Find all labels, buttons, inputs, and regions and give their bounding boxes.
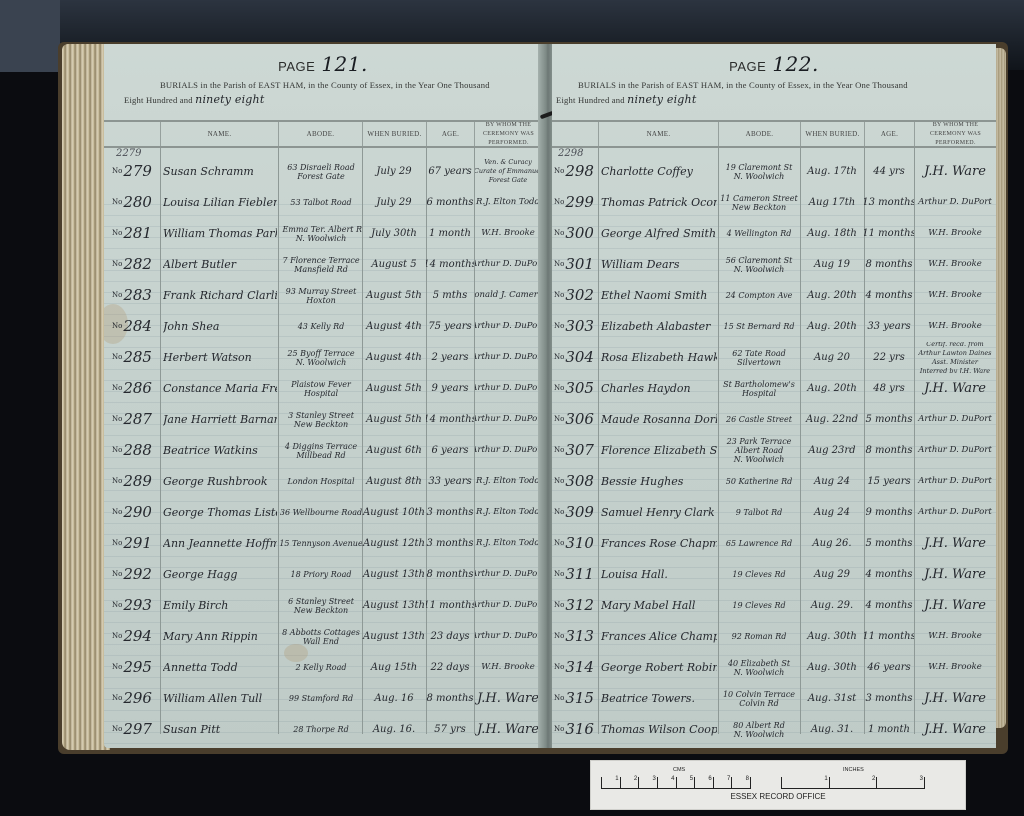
entry-number-value: 288 bbox=[123, 446, 152, 455]
entry-number-prefix: No bbox=[112, 260, 122, 269]
abode-line: 25 Byoff Terrace bbox=[287, 349, 354, 358]
entry-age: 3 months bbox=[426, 497, 474, 528]
entry-abode: 19 Cleves Rd bbox=[719, 559, 799, 590]
abode-line: Hoxton bbox=[306, 296, 336, 305]
entry-officiant: Arthur D. DuPort bbox=[475, 435, 541, 466]
entry-abode: 4 Wellington Rd bbox=[719, 218, 799, 249]
entry-when-buried: Aug 24 bbox=[800, 466, 864, 497]
abode-line: 4 Diggins Terrace bbox=[285, 442, 357, 451]
entry-when-buried: Aug. 20th bbox=[800, 311, 864, 342]
entry-number-prefix: No bbox=[112, 601, 122, 610]
abode-line: 7 Florence Terrace bbox=[282, 256, 359, 265]
entry-name: George Alfred Smith bbox=[601, 218, 717, 249]
entry-officiant: R.J. Elton Todd bbox=[475, 528, 541, 559]
entry-number-prefix: No bbox=[112, 229, 122, 238]
entry-number-prefix: No bbox=[112, 415, 122, 424]
scale-tick: 2 bbox=[638, 777, 639, 789]
abode-line: 8 Abbotts Cottages bbox=[282, 628, 360, 637]
entry-number: No295 bbox=[112, 652, 160, 683]
abode-line: New Beckton bbox=[294, 606, 348, 615]
register-entry-row: No303Elizabeth Alabaster15 St Bernard Rd… bbox=[552, 311, 996, 342]
officiant-line: J.H. Ware bbox=[924, 167, 986, 176]
entry-when-buried: July 29 bbox=[362, 156, 426, 187]
entry-when-buried: August 5th bbox=[362, 404, 426, 435]
entry-number-prefix: No bbox=[112, 291, 122, 300]
entry-number-prefix: No bbox=[112, 632, 122, 641]
entry-number-prefix: No bbox=[554, 260, 564, 269]
entry-when-buried: Aug. 30th bbox=[800, 652, 864, 683]
year-prefix: Eight Hundred and bbox=[556, 95, 625, 105]
entry-name: Charlotte Coffey bbox=[601, 156, 717, 187]
scale-tick bbox=[781, 777, 782, 789]
page-number: 121. bbox=[321, 52, 368, 76]
entry-abode: 1 Emma Ter. Albert RdN. Woolwich bbox=[280, 218, 362, 249]
abode-line: 62 Tate Road bbox=[732, 349, 785, 358]
officiant-line: J.H. Ware bbox=[477, 694, 539, 703]
entry-officiant: Arthur D. DuPort bbox=[475, 590, 541, 621]
abode-line: Wall End bbox=[303, 637, 339, 646]
right-page: PAGE122. BURIALS in the Parish of EAST H… bbox=[552, 44, 996, 748]
abode-line: New Beckton bbox=[732, 203, 786, 212]
left-page: PAGE121. BURIALS in the Parish of EAST H… bbox=[104, 44, 542, 748]
officiant-line: Arthur D. DuPort bbox=[918, 477, 992, 486]
officiant-line: Arthur D. DuPort bbox=[918, 198, 992, 207]
register-entry-row: No280Louisa Lilian Fiebler53 Talbot Road… bbox=[104, 187, 542, 218]
entry-number: No291 bbox=[112, 528, 160, 559]
abode-line: Plaistow Fever bbox=[291, 380, 351, 389]
entry-abode: 26 Castle Street bbox=[719, 404, 799, 435]
abode-line: Albert Road bbox=[735, 446, 784, 455]
scale-tick-label: 8 bbox=[740, 776, 749, 782]
column-header-row: NAME. ABODE. WHEN BURIED. AGE. BY WHOM T… bbox=[104, 120, 542, 148]
entry-number-prefix: No bbox=[554, 291, 564, 300]
officiant-line: Arthur D. DuPort bbox=[475, 632, 541, 641]
register-entry-row: No298Charlotte Coffey19 Claremont StN. W… bbox=[552, 156, 996, 187]
abode-line: 18 Priory Road bbox=[291, 570, 352, 579]
entry-when-buried: August 6th bbox=[362, 435, 426, 466]
entry-number-prefix: No bbox=[112, 477, 122, 486]
entry-name: Rosa Elizabeth Hawkins bbox=[601, 342, 717, 373]
abode-line: St Bartholomew's bbox=[723, 380, 795, 389]
col-number bbox=[552, 122, 598, 146]
col-name: NAME. bbox=[598, 122, 718, 146]
register-entry-row: No314George Robert Robinson40 Elizabeth … bbox=[552, 652, 996, 683]
entry-officiant: Arthur D. DuPort bbox=[915, 187, 995, 218]
entry-age: 33 years bbox=[864, 311, 914, 342]
abode-line: London Hospital bbox=[287, 477, 354, 486]
register-entry-row: No307Florence Elizabeth Sneath23 Park Te… bbox=[552, 435, 996, 466]
entry-number-value: 283 bbox=[123, 291, 152, 300]
entry-officiant: J.H. Ware bbox=[915, 714, 995, 745]
officiant-line: Arthur D. DuPort bbox=[475, 601, 541, 610]
entry-number: No281 bbox=[112, 218, 160, 249]
entry-age: 22 days bbox=[426, 652, 474, 683]
entry-number: No286 bbox=[112, 373, 160, 404]
entry-number-value: 309 bbox=[565, 508, 594, 517]
entry-name: William Thomas Parker bbox=[163, 218, 277, 249]
entry-name: Beatrice Watkins bbox=[163, 435, 277, 466]
entry-number: No288 bbox=[112, 435, 160, 466]
entry-name: Jane Harriett Barnard bbox=[163, 404, 277, 435]
abode-line: 92 Roman Rd bbox=[732, 632, 787, 641]
entry-age: 1 month bbox=[426, 218, 474, 249]
entry-abode: 93 Murray StreetHoxton bbox=[280, 280, 362, 311]
officiant-line: Arthur D. DuPort bbox=[475, 260, 541, 269]
entry-number: No287 bbox=[112, 404, 160, 435]
entry-age: 44 yrs bbox=[864, 156, 914, 187]
entry-number-prefix: No bbox=[554, 446, 564, 455]
entry-when-buried: August 5th bbox=[362, 280, 426, 311]
entry-number-prefix: No bbox=[554, 198, 564, 207]
abode-line: 43 Kelly Rd bbox=[298, 322, 345, 331]
entry-age: 3 months bbox=[426, 528, 474, 559]
entry-abode: 25 Byoff TerraceN. Woolwich bbox=[280, 342, 362, 373]
register-entry-row: No284John Shea43 Kelly RdAugust 4th75 ye… bbox=[104, 311, 542, 342]
entry-officiant: R.J. Elton Todd bbox=[475, 466, 541, 497]
register-entry-row: No306Maude Rosanna Dorling26 Castle Stre… bbox=[552, 404, 996, 435]
scale-tick: 8 bbox=[750, 777, 751, 789]
scale-tick: 7 bbox=[731, 777, 732, 789]
entry-abode: 18 Priory Road bbox=[280, 559, 362, 590]
entry-number-prefix: No bbox=[112, 508, 122, 517]
abode-line: N. Woolwich bbox=[734, 172, 784, 181]
entry-number-value: 304 bbox=[565, 353, 594, 362]
entry-number-prefix: No bbox=[554, 167, 564, 176]
entry-number: No284 bbox=[112, 311, 160, 342]
entry-number-value: 306 bbox=[565, 415, 594, 424]
entry-number-prefix: No bbox=[554, 663, 564, 672]
officiant-line: R.J. Elton Todd bbox=[476, 539, 540, 548]
entry-abode: 10 Colvin TerraceColvin Rd bbox=[719, 683, 799, 714]
entry-name: Louisa Lilian Fiebler bbox=[163, 187, 277, 218]
entry-officiant: Certif. recd. fromArthur Lawton DainesAs… bbox=[915, 342, 995, 373]
entry-abode: 9 Talbot Rd bbox=[719, 497, 799, 528]
entry-number: No311 bbox=[554, 559, 598, 590]
page-edges-left bbox=[62, 44, 110, 750]
abode-line: 6 Stanley Street bbox=[288, 597, 354, 606]
entry-officiant: Arthur D. DuPort bbox=[915, 466, 995, 497]
page-label: PAGE bbox=[729, 59, 766, 74]
entry-age: 4 months bbox=[864, 590, 914, 621]
entry-number-value: 310 bbox=[565, 539, 594, 548]
entry-when-buried: Aug. 20th bbox=[800, 373, 864, 404]
scale-tick-label: 6 bbox=[703, 776, 712, 782]
entry-number-value: 282 bbox=[123, 260, 152, 269]
entry-number-value: 286 bbox=[123, 384, 152, 393]
entry-name: Albert Butler bbox=[163, 249, 277, 280]
entry-name: Susan Schramm bbox=[163, 156, 277, 187]
officiant-line: J.H. Ware bbox=[924, 601, 986, 610]
entry-number-prefix: No bbox=[112, 663, 122, 672]
entry-officiant: Ven. & CuracyCurate of EmmanuelForest Ga… bbox=[475, 156, 541, 187]
entry-age: 11 months bbox=[864, 218, 914, 249]
entry-when-buried: July 30th bbox=[362, 218, 426, 249]
entry-number: No315 bbox=[554, 683, 598, 714]
entry-number: No312 bbox=[554, 590, 598, 621]
entry-number-prefix: No bbox=[112, 167, 122, 176]
entry-officiant: Arthur D. DuPort bbox=[475, 311, 541, 342]
entry-number-value: 297 bbox=[123, 725, 152, 734]
register-entry-row: No291Ann Jeannette Hoffmann15 Tennyson A… bbox=[104, 528, 542, 559]
register-entry-row: No305Charles HaydonSt Bartholomew'sHospi… bbox=[552, 373, 996, 404]
entry-name: Ethel Naomi Smith bbox=[601, 280, 717, 311]
register-entry-row: No279Susan Schramm63 Disraeli RoadForest… bbox=[104, 156, 542, 187]
entry-name: Louisa Hall. bbox=[601, 559, 717, 590]
entry-name: Frank Richard Clarling bbox=[163, 280, 277, 311]
inches-label: INCHES bbox=[843, 767, 864, 773]
entry-number: No310 bbox=[554, 528, 598, 559]
entry-number: No282 bbox=[112, 249, 160, 280]
abode-line: 40 Elizabeth St bbox=[728, 659, 790, 668]
entry-officiant: J.H. Ware bbox=[915, 373, 995, 404]
entry-when-buried: Aug. 16 bbox=[362, 683, 426, 714]
officiant-line: W.H. Brooke bbox=[928, 322, 982, 331]
entry-number: No307 bbox=[554, 435, 598, 466]
entry-number: No302 bbox=[554, 280, 598, 311]
entry-number: No316 bbox=[554, 714, 598, 745]
register-entry-row: No299Thomas Patrick Oconnor11 Cameron St… bbox=[552, 187, 996, 218]
entry-name: George Robert Robinson bbox=[601, 652, 717, 683]
entry-age: 6 months bbox=[426, 187, 474, 218]
entry-abode: 15 St Bernard Rd bbox=[719, 311, 799, 342]
abode-line: 63 Disraeli Road bbox=[287, 163, 355, 172]
entry-number-value: 295 bbox=[123, 663, 152, 672]
entry-abode: 65 Lawrence Rd bbox=[719, 528, 799, 559]
entry-officiant: W.H. Brooke bbox=[915, 218, 995, 249]
entry-abode: 3 Stanley StreetNew Beckton bbox=[280, 404, 362, 435]
entry-name: Herbert Watson bbox=[163, 342, 277, 373]
page-heading: PAGE122. bbox=[552, 52, 996, 76]
entry-number-value: 284 bbox=[123, 322, 152, 331]
register-title: BURIALS in the Parish of EAST HAM, in th… bbox=[556, 80, 982, 90]
register-entry-row: No308Bessie Hughes50 Katherine RdAug 241… bbox=[552, 466, 996, 497]
register-entry-row: No290George Thomas Lister Ward36 Wellbou… bbox=[104, 497, 542, 528]
entry-number-prefix: No bbox=[554, 384, 564, 393]
entry-number: No294 bbox=[112, 621, 160, 652]
entry-age: 67 years bbox=[426, 156, 474, 187]
entry-when-buried: August 8th bbox=[362, 466, 426, 497]
scale-tick-label: 1 bbox=[819, 776, 828, 782]
abode-line: 23 Park Terrace bbox=[727, 437, 792, 446]
entry-number: No314 bbox=[554, 652, 598, 683]
entry-age: 4 months bbox=[864, 559, 914, 590]
entry-name: Charles Haydon bbox=[601, 373, 717, 404]
scale-tick: 2 bbox=[876, 777, 877, 789]
abode-line: 28 Thorpe Rd bbox=[293, 725, 348, 734]
entry-name: George Thomas Lister Ward bbox=[163, 497, 277, 528]
entry-number-prefix: No bbox=[554, 322, 564, 331]
entry-number-value: 311 bbox=[565, 570, 594, 579]
entry-when-buried: August 13th bbox=[362, 621, 426, 652]
entry-number-value: 279 bbox=[123, 167, 152, 176]
entry-officiant: J.H. Ware bbox=[915, 590, 995, 621]
abode-line: N. Woolwich bbox=[296, 234, 346, 243]
abode-line: N. Woolwich bbox=[734, 668, 784, 677]
scale-tick: 1 bbox=[620, 777, 621, 789]
entry-number: No292 bbox=[112, 559, 160, 590]
entry-number: No299 bbox=[554, 187, 598, 218]
entry-abode: 53 Talbot Road bbox=[280, 187, 362, 218]
entry-abode: 23 Park TerraceAlbert RoadN. Woolwich bbox=[719, 435, 799, 466]
officiant-line: W.H. Brooke bbox=[481, 229, 535, 238]
entry-officiant: J.H. Ware bbox=[915, 683, 995, 714]
scale-tick: 6 bbox=[713, 777, 714, 789]
entry-name: William Allen Tull bbox=[163, 683, 277, 714]
scale-tick bbox=[601, 777, 602, 789]
abode-line: New Beckton bbox=[294, 420, 348, 429]
entry-abode: 92 Roman Rd bbox=[719, 621, 799, 652]
entry-number: No305 bbox=[554, 373, 598, 404]
officiant-line: W.H. Brooke bbox=[928, 663, 982, 672]
entry-number: No290 bbox=[112, 497, 160, 528]
entry-when-buried: Aug. 31. bbox=[800, 714, 864, 745]
abode-line: 11 Cameron Street bbox=[720, 194, 797, 203]
entry-age: 23 days bbox=[426, 621, 474, 652]
entry-number-value: 315 bbox=[565, 694, 594, 703]
backdrop-cloth bbox=[0, 0, 60, 72]
scale-tick-label: 4 bbox=[666, 776, 675, 782]
entry-name: Thomas Wilson Cooper. bbox=[601, 714, 717, 745]
officiant-line: Arthur D. DuPort bbox=[475, 446, 541, 455]
entry-age: 11 months bbox=[864, 621, 914, 652]
entry-officiant: Arthur D. DuPort bbox=[475, 373, 541, 404]
entry-officiant: Arthur D. DuPort bbox=[915, 497, 995, 528]
entry-abode: 11 Cameron StreetNew Beckton bbox=[719, 187, 799, 218]
register-entry-row: No296William Allen Tull99 Stamford RdAug… bbox=[104, 683, 542, 714]
entry-when-buried: Aug. 31st bbox=[800, 683, 864, 714]
officiant-line: Curate of Emmanuel bbox=[475, 167, 541, 176]
entry-age: 13 months bbox=[864, 187, 914, 218]
entry-name: Frances Alice Champion bbox=[601, 621, 717, 652]
abode-line: 19 Cleves Rd bbox=[732, 601, 785, 610]
entry-age: 14 months bbox=[426, 404, 474, 435]
col-abode: ABODE. bbox=[718, 122, 800, 146]
entry-number-value: 293 bbox=[123, 601, 152, 610]
entry-abode: 19 Cleves Rd bbox=[719, 590, 799, 621]
entry-number-prefix: No bbox=[112, 353, 122, 362]
entry-name: Annetta Todd bbox=[163, 652, 277, 683]
officiant-line: Arthur D. DuPort bbox=[918, 446, 992, 455]
entry-when-buried: Aug 19 bbox=[800, 249, 864, 280]
entry-number-value: 289 bbox=[123, 477, 152, 486]
officiant-line: W.H. Brooke bbox=[481, 663, 535, 672]
abode-line: Hospital bbox=[304, 389, 338, 398]
entry-officiant: W.H. Brooke bbox=[915, 652, 995, 683]
register-entry-row: No297Susan Pitt28 Thorpe RdAug. 16.57 yr… bbox=[104, 714, 542, 745]
entry-number-value: 305 bbox=[565, 384, 594, 393]
entry-age: 1 month bbox=[864, 714, 914, 745]
entry-number-value: 290 bbox=[123, 508, 152, 517]
page-label: PAGE bbox=[278, 59, 315, 74]
entry-when-buried: Aug 23rd bbox=[800, 435, 864, 466]
abode-line: 9 Talbot Rd bbox=[736, 508, 783, 517]
entry-age: 8 months bbox=[864, 249, 914, 280]
entry-when-buried: August 4th bbox=[362, 342, 426, 373]
entry-when-buried: Aug. 29. bbox=[800, 590, 864, 621]
scale-tick-label: 3 bbox=[647, 776, 656, 782]
register-entry-row: No302Ethel Naomi Smith24 Compton AveAug.… bbox=[552, 280, 996, 311]
entry-number: No309 bbox=[554, 497, 598, 528]
entry-abode: St Bartholomew'sHospital bbox=[719, 373, 799, 404]
entry-age: 8 months bbox=[864, 435, 914, 466]
officiant-line: Arthur D. DuPort bbox=[475, 415, 541, 424]
entry-officiant: J.H. Ware bbox=[475, 714, 541, 745]
entry-number-value: 298 bbox=[565, 167, 594, 176]
entry-number: No308 bbox=[554, 466, 598, 497]
register-entry-row: No288Beatrice Watkins4 Diggins TerraceMi… bbox=[104, 435, 542, 466]
register-entry-row: No310Frances Rose Chapman65 Lawrence RdA… bbox=[552, 528, 996, 559]
entry-age: 22 yrs bbox=[864, 342, 914, 373]
entry-number-value: 285 bbox=[123, 353, 152, 362]
abode-line: 93 Murray Street bbox=[286, 287, 357, 296]
entry-age: 2 years bbox=[426, 342, 474, 373]
entry-name: Samuel Henry Clark bbox=[601, 497, 717, 528]
abode-line: 4 Wellington Rd bbox=[727, 229, 792, 238]
entry-number-value: 312 bbox=[565, 601, 594, 610]
entry-age: 46 years bbox=[864, 652, 914, 683]
abode-line: N. Woolwich bbox=[296, 358, 346, 367]
abode-line: 24 Compton Ave bbox=[726, 291, 793, 300]
abode-line: 99 Stamford Rd bbox=[289, 694, 353, 703]
abode-line: N. Woolwich bbox=[734, 455, 784, 464]
entry-name: Beatrice Towers. bbox=[601, 683, 717, 714]
entry-abode: 62 Tate RoadSilvertown bbox=[719, 342, 799, 373]
officiant-line: Arthur D. DuPort bbox=[918, 508, 992, 517]
entry-when-buried: Aug 24 bbox=[800, 497, 864, 528]
entry-name: Susan Pitt bbox=[163, 714, 277, 745]
entry-name: Elizabeth Alabaster bbox=[601, 311, 717, 342]
entry-name: Mary Ann Rippin bbox=[163, 621, 277, 652]
register-entry-row: No311Louisa Hall.19 Cleves RdAug 294 mon… bbox=[552, 559, 996, 590]
entry-number-prefix: No bbox=[554, 632, 564, 641]
col-abode: ABODE. bbox=[278, 122, 362, 146]
register-title: BURIALS in the Parish of EAST HAM, in th… bbox=[124, 80, 528, 90]
register-entry-row: No285Herbert Watson25 Byoff TerraceN. Wo… bbox=[104, 342, 542, 373]
col-by-whom: BY WHOM THE CEREMONY WAS PERFORMED. bbox=[474, 122, 542, 146]
officiant-line: J.H. Ware bbox=[924, 539, 986, 548]
entry-when-buried: July 29 bbox=[362, 187, 426, 218]
entry-number-prefix: No bbox=[112, 322, 122, 331]
officiant-line: Arthur D. DuPort bbox=[918, 415, 992, 424]
register-entry-row: No295Annetta Todd2 Kelly RoadAug 15th22 … bbox=[104, 652, 542, 683]
entry-number: No300 bbox=[554, 218, 598, 249]
entry-age: 11 months bbox=[426, 590, 474, 621]
entry-age: 48 yrs bbox=[864, 373, 914, 404]
register-year-line: Eight Hundred and ninety eight bbox=[556, 93, 982, 106]
entry-number-value: 316 bbox=[565, 725, 594, 734]
abode-line: Forest Gate bbox=[297, 172, 344, 181]
entry-name: John Shea bbox=[163, 311, 277, 342]
entry-age: 33 years bbox=[426, 466, 474, 497]
entry-age: 75 years bbox=[426, 311, 474, 342]
entry-abode: 80 Albert RdN. Woolwich bbox=[719, 714, 799, 745]
record-office-label: ESSEX RECORD OFFICE bbox=[591, 792, 965, 801]
scale-tick-label: 2 bbox=[866, 776, 875, 782]
officiant-line: J.H. Ware bbox=[924, 570, 986, 579]
entry-age: 3 months bbox=[864, 683, 914, 714]
entry-number-prefix: No bbox=[554, 601, 564, 610]
abode-line: 3 Stanley Street bbox=[288, 411, 354, 420]
cm-scale: 12345678 bbox=[601, 777, 751, 789]
abode-line: N. Woolwich bbox=[734, 265, 784, 274]
entry-number-value: 301 bbox=[565, 260, 594, 269]
entry-officiant: Arthur D. DuPort bbox=[475, 621, 541, 652]
entry-when-buried: Aug 20 bbox=[800, 342, 864, 373]
officiant-line: Donald J. Cameron bbox=[475, 291, 541, 300]
register-entry-row: No281William Thomas Parker1 Emma Ter. Al… bbox=[104, 218, 542, 249]
abode-line: Mansfield Rd bbox=[294, 265, 348, 274]
col-by-whom: BY WHOM THE CEREMONY WAS PERFORMED. bbox=[914, 122, 996, 146]
